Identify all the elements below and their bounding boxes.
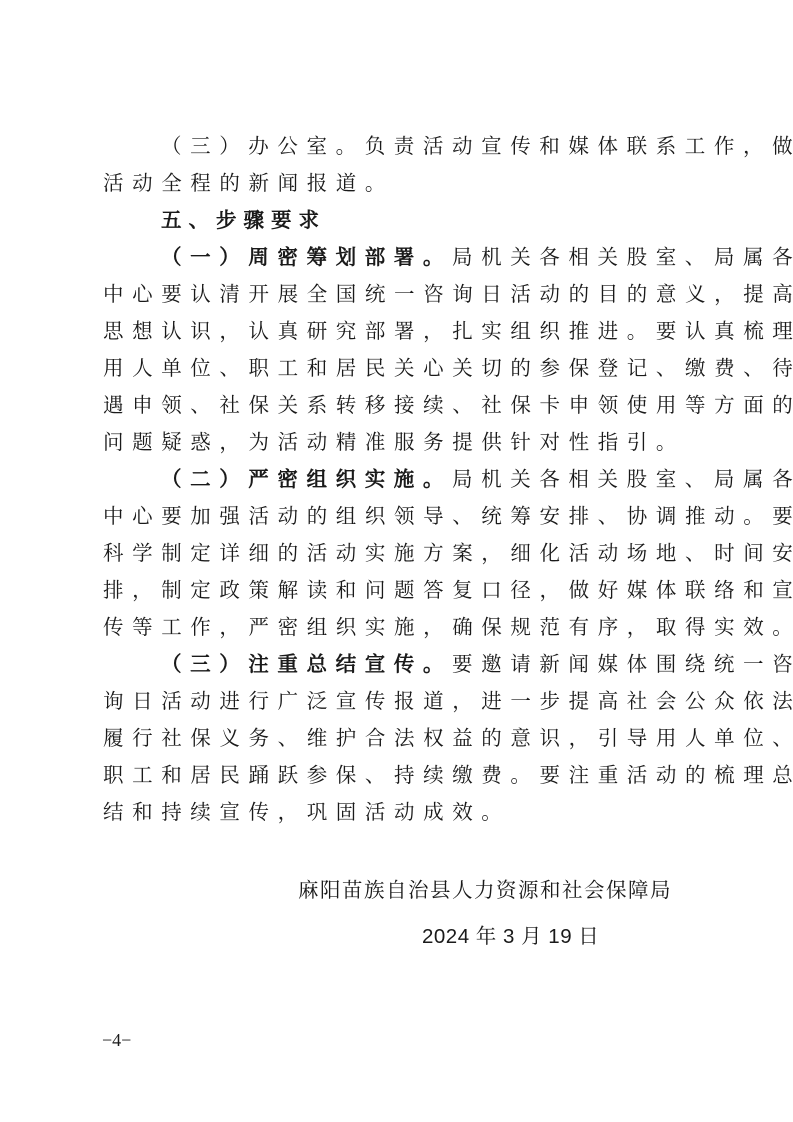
paragraph-office-line-2: 活动全程的新闻报道。 [103, 165, 703, 202]
item2-line-5: 传等工作，严密组织实施，确保规范有序，取得实效。 [103, 609, 703, 646]
item3-lead: （三）注重总结宣传。 [161, 652, 452, 676]
item1-line-1: （一）周密筹划部署。局机关各相关股室、局属各 [103, 239, 703, 276]
item1-line-6: 问题疑惑，为活动精准服务提供针对性指引。 [103, 424, 703, 461]
item2-line-2: 中心要加强活动的组织领导、统筹安排、协调推动。要 [103, 498, 703, 535]
item1-lead: （一）周密筹划部署。 [161, 245, 452, 269]
section-heading-steps: 五、步骤要求 [103, 202, 703, 239]
item3-line-4: 职工和居民踊跃参保、持续缴费。要注重活动的梳理总 [103, 757, 703, 794]
item2-line-4: 排，制定政策解读和问题答复口径，做好媒体联络和宣 [103, 572, 703, 609]
document-body: （三）办公室。负责活动宣传和媒体联系工作，做好 活动全程的新闻报道。 五、步骤要… [103, 128, 703, 831]
item2-line-3: 科学制定详细的活动实施方案，细化活动场地、时间安 [103, 535, 703, 572]
item3-line-5: 结和持续宣传，巩固活动成效。 [103, 794, 703, 831]
item2-lead: （二）严密组织实施。 [161, 467, 452, 491]
item3-line-3: 履行社保义务、维护合法权益的意识，引导用人单位、 [103, 720, 703, 757]
item3-line-2: 询日活动进行广泛宣传报道，进一步提高社会公众依法 [103, 683, 703, 720]
office-lead: （三）办公室。 [161, 134, 365, 158]
item2-line-1: （二）严密组织实施。局机关各相关股室、局属各 [103, 461, 703, 498]
item3-line-1: （三）注重总结宣传。要邀请新闻媒体围绕统一咨 [103, 646, 703, 683]
item1-line-2: 中心要认清开展全国统一咨询日活动的目的意义，提高 [103, 276, 703, 313]
issuing-authority: 麻阳苗族自治县人力资源和社会保障局 [298, 872, 672, 909]
issue-date: 2024 年 3 月 19 日 [422, 918, 599, 955]
page-number: −4− [102, 1030, 131, 1051]
item1-line-3: 思想认识，认真研究部署，扎实组织推进。要认真梳理 [103, 313, 703, 350]
paragraph-office-line-1: （三）办公室。负责活动宣传和媒体联系工作，做好 [103, 128, 703, 165]
item1-line-5: 遇申领、社保关系转移接续、社保卡申领使用等方面的 [103, 387, 703, 424]
item1-line-4: 用人单位、职工和居民关心关切的参保登记、缴费、待 [103, 350, 703, 387]
